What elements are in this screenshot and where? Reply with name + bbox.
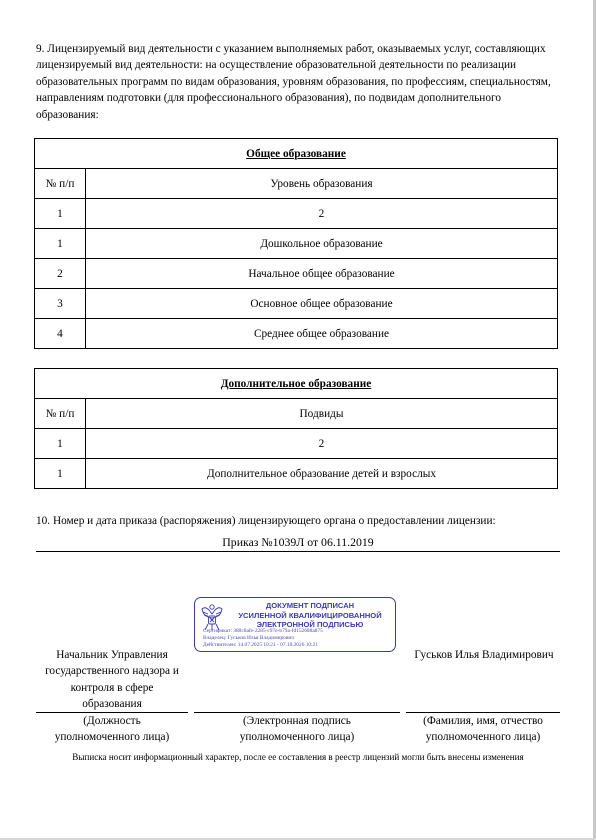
table-row: 3 Основное общее образование — [35, 289, 558, 319]
row-number: 4 — [35, 319, 86, 349]
stamp-title-line: УСИЛЕННОЙ КВАЛИФИЦИРОВАННОЙ — [227, 611, 393, 621]
column-header-number: № п/п — [35, 399, 86, 429]
stamp-validity: Действителен: 14.07.2025 10:21 - 07.10.2… — [203, 642, 323, 649]
row-number: 3 — [35, 289, 86, 319]
signer-position: Начальник Управления государственного на… — [36, 647, 188, 713]
caption-name: (Фамилия, имя, отчество уполномоченного … — [406, 713, 560, 746]
footnote: Выписка носит информационный характер, п… — [36, 752, 560, 762]
row-number: 1 — [35, 229, 86, 259]
caption-position: (Должность уполномоченного лица) — [36, 713, 188, 746]
table-row: 1 Дополнительное образование детей и взр… — [35, 459, 558, 489]
index-cell: 2 — [86, 199, 558, 229]
stamp-title: ДОКУМЕНТ ПОДПИСАН УСИЛЕННОЙ КВАЛИФИЦИРОВ… — [227, 601, 393, 630]
order-underline — [36, 551, 560, 552]
signer-name: Гуськов Илья Владимирович — [408, 647, 560, 663]
index-cell: 1 — [35, 429, 86, 459]
table-title: Общее образование — [35, 139, 558, 169]
caption-line: уполномоченного лица) — [36, 729, 188, 745]
table-index-row: 1 2 — [35, 429, 558, 459]
column-header-subtype: Подвиды — [86, 399, 558, 429]
caption-line: уполномоченного лица) — [194, 729, 400, 745]
section-10-text: 10. Номер и дата приказа (распоряжения) … — [36, 515, 496, 527]
table-index-row: 1 2 — [35, 199, 558, 229]
stamp-certificate: Сертификат: 380c8afe-2285-c97e-b79a-fd15… — [203, 628, 323, 635]
caption-line: (Электронная подпись — [194, 713, 400, 729]
caption-line: (Фамилия, имя, отчество — [406, 713, 560, 729]
index-cell: 1 — [35, 199, 86, 229]
table-row: 4 Среднее общее образование — [35, 319, 558, 349]
row-name: Среднее общее образование — [86, 319, 558, 349]
position-line: контроля в сфере — [36, 680, 188, 696]
row-number: 1 — [35, 459, 86, 489]
row-name: Дополнительное образование детей и взрос… — [86, 459, 558, 489]
general-education-table: Общее образование № п/п Уровень образова… — [34, 138, 558, 349]
row-name: Дошкольное образование — [86, 229, 558, 259]
caption-line: уполномоченного лица) — [406, 729, 560, 745]
column-header-level: Уровень образования — [86, 169, 558, 199]
table-header-row: № п/п Подвиды — [35, 399, 558, 429]
table-title: Дополнительное образование — [35, 369, 558, 399]
caption-line: (Должность — [36, 713, 188, 729]
table-row: 1 Дошкольное образование — [35, 229, 558, 259]
electronic-signature-stamp: ДОКУМЕНТ ПОДПИСАН УСИЛЕННОЙ КВАЛИФИЦИРОВ… — [194, 597, 396, 652]
stamp-title-line: ДОКУМЕНТ ПОДПИСАН — [227, 601, 393, 611]
position-line: государственного надзора и — [36, 663, 188, 679]
column-header-number: № п/п — [35, 169, 86, 199]
index-cell: 2 — [86, 429, 558, 459]
table-title-row: Общее образование — [35, 139, 558, 169]
stamp-info: Сертификат: 380c8afe-2285-c97e-b79a-fd15… — [203, 628, 323, 649]
position-line: Начальник Управления — [36, 647, 188, 663]
row-number: 2 — [35, 259, 86, 289]
additional-education-table: Дополнительное образование № п/п Подвиды… — [34, 368, 558, 489]
table-title-row: Дополнительное образование — [35, 369, 558, 399]
caption-signature: (Электронная подпись уполномоченного лиц… — [194, 713, 400, 746]
table-row: 2 Начальное общее образование — [35, 259, 558, 289]
order-number: Приказ №1039Л от 06.11.2019 — [36, 535, 560, 550]
row-name: Начальное общее образование — [86, 259, 558, 289]
section-9-text: 9. Лицензируемый вид деятельности с указ… — [36, 41, 560, 123]
position-line: образования — [36, 696, 188, 712]
table-header-row: № п/п Уровень образования — [35, 169, 558, 199]
row-name: Основное общее образование — [86, 289, 558, 319]
